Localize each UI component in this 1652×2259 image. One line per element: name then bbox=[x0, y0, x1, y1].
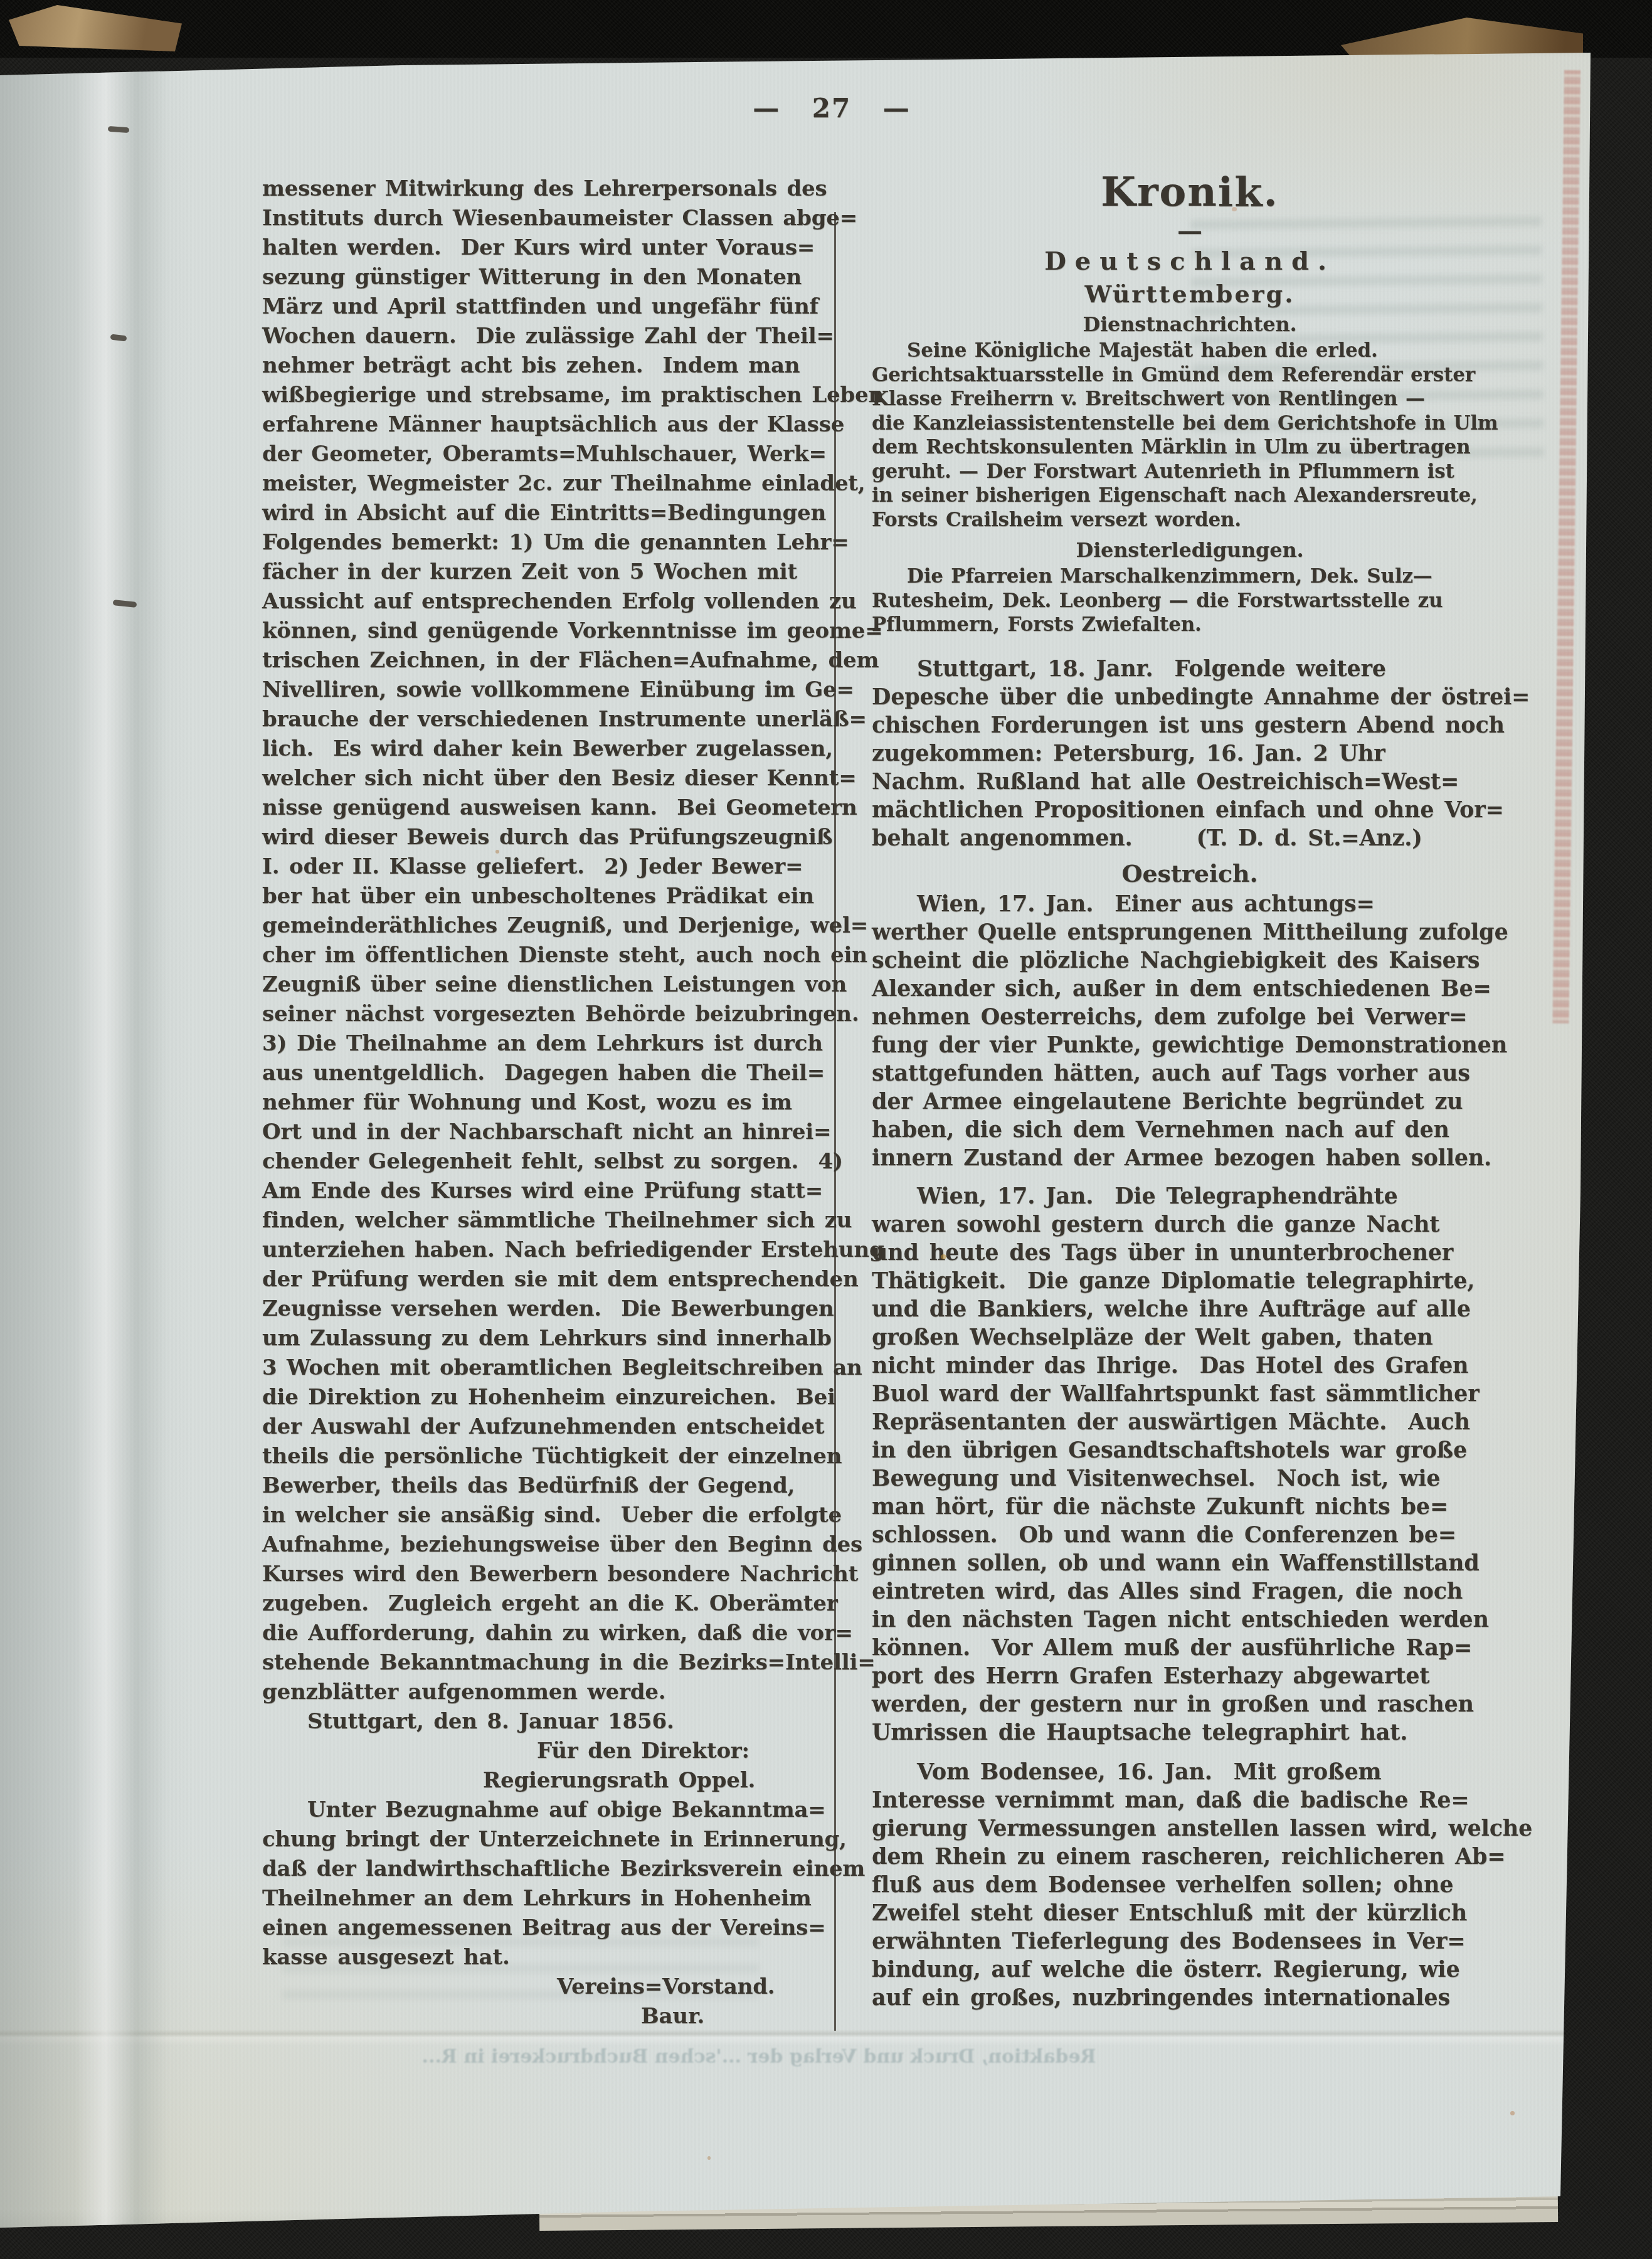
text-line: stattgefunden hätten, auch auf Tags vorh… bbox=[872, 1059, 1508, 1087]
text-line: Buol ward der Wallfahrtspunkt fast sämmt… bbox=[872, 1380, 1508, 1408]
text-line: Folgendes bemerkt: 1) Um die genannten L… bbox=[262, 528, 834, 558]
text-line: Nivelliren, sowie vollkommene Einübung i… bbox=[262, 675, 834, 705]
text-line: zugeben. Zugleich ergeht an die K. Oberä… bbox=[262, 1589, 834, 1619]
page-number-header: — 27 — bbox=[753, 93, 911, 124]
text-line: dem Rhein zu einem rascheren, reichliche… bbox=[872, 1843, 1508, 1871]
text-line: fung der vier Punkte, gewichtige Demonst… bbox=[872, 1031, 1508, 1059]
text-line: meister, Wegmeister 2c. zur Theilnahme e… bbox=[262, 469, 834, 499]
text-line: werther Quelle entsprungenen Mittheilung… bbox=[872, 918, 1508, 946]
text-line: Wochen dauern. Die zulässige Zahl der Th… bbox=[262, 322, 834, 351]
text-line: in den übrigen Gesandtschaftshotels war … bbox=[872, 1436, 1508, 1464]
heading-rule: — bbox=[872, 217, 1508, 245]
text-line: Zweifel steht dieser Entschluß mit der k… bbox=[872, 1899, 1508, 1927]
text-line: Rutesheim, Dek. Leonberg — die Forstwart… bbox=[872, 589, 1508, 613]
text-line: erfahrene Männer hauptsächlich aus der K… bbox=[262, 410, 834, 440]
text-line: Kurses wird den Bewerbern besondere Nach… bbox=[262, 1560, 834, 1589]
text-line: Pflummern, Forsts Zwiefalten. bbox=[872, 613, 1508, 637]
text-line: Vereins=Vorstand. bbox=[557, 1972, 834, 2002]
text-line: 3 Wochen mit oberamtlichen Begleitschrei… bbox=[262, 1353, 834, 1383]
text-line: der Armee eingelautene Berichte begründe… bbox=[872, 1087, 1508, 1116]
text-line: in seiner bisherigen Eigenschaft nach Al… bbox=[872, 484, 1508, 508]
text-line: scheint die plözliche Nachgiebigkeit des… bbox=[872, 946, 1508, 975]
paper-stain bbox=[707, 2156, 711, 2160]
text-line: seiner nächst vorgesezten Behörde beizub… bbox=[262, 1000, 834, 1029]
text-line: geruht. — Der Forstwart Autenrieth in Pf… bbox=[872, 460, 1508, 484]
text-line: wißbegierige und strebsame, im praktisch… bbox=[262, 381, 834, 410]
text-line: Wien, 17. Jan. Die Telegraphendrähte bbox=[872, 1182, 1508, 1210]
text-line: messener Mitwirkung des Lehrerpersonals … bbox=[262, 174, 834, 204]
text-line: der Geometer, Oberamts=Muhlschauer, Werk… bbox=[262, 440, 834, 469]
text-line: nicht minder das Ihrige. Das Hotel des G… bbox=[872, 1352, 1508, 1380]
text-line: Für den Direktor: bbox=[537, 1737, 834, 1766]
text-line: großen Wechselpläze der Welt gaben, that… bbox=[872, 1323, 1508, 1352]
text-line: daß der landwirthschaftliche Bezirksvere… bbox=[262, 1854, 834, 1884]
text-line: wird dieser Beweis durch das Prüfungszeu… bbox=[262, 823, 834, 852]
text-line: Die Pfarreien Marschalkenzimmern, Dek. S… bbox=[872, 564, 1508, 589]
wuerttemberg-heading: Württemberg. bbox=[872, 278, 1508, 310]
text-line: März und April stattfinden und ungefähr … bbox=[262, 292, 834, 322]
text-line: Gerichtsaktuarsstelle in Gmünd dem Refer… bbox=[872, 363, 1508, 388]
text-line: Wien, 17. Jan. Einer aus achtungs= bbox=[872, 890, 1508, 918]
page-number: 27 bbox=[812, 93, 851, 124]
header-dash-right: — bbox=[883, 93, 911, 124]
text-line: die Direktion zu Hohenheim einzureichen.… bbox=[262, 1383, 834, 1412]
text-line: nisse genügend ausweisen kann. Bei Geome… bbox=[262, 793, 834, 823]
oestreich-heading: Oestreich. bbox=[872, 857, 1508, 890]
text-line: halten werden. Der Kurs wird unter Vorau… bbox=[262, 233, 834, 263]
text-line: nehmer für Wohnung und Kost, wozu es im bbox=[262, 1088, 834, 1118]
kronik-heading: Kronik. bbox=[872, 168, 1508, 217]
paper-stain bbox=[941, 1254, 946, 1259]
text-line: nehmen Oesterreichs, dem zufolge bei Ver… bbox=[872, 1003, 1508, 1031]
text-line: nehmer beträgt acht bis zehen. Indem man bbox=[262, 351, 834, 381]
text-line: Stuttgart, den 8. Januar 1856. bbox=[262, 1707, 834, 1737]
text-line: Regierungsrath Oppel. bbox=[483, 1766, 834, 1796]
text-line: Seine Königliche Majestät haben die erle… bbox=[872, 339, 1508, 363]
text-line: Am Ende des Kurses wird eine Prüfung sta… bbox=[262, 1177, 834, 1206]
text-line: chischen Forderungen ist uns gestern Abe… bbox=[872, 711, 1508, 739]
text-line: die Aufforderung, dahin zu wirken, daß d… bbox=[262, 1619, 834, 1648]
text-line: Zeugnisse versehen werden. Die Bewerbung… bbox=[262, 1294, 834, 1324]
text-line: cher im öffentlichen Dienste steht, auch… bbox=[262, 941, 834, 970]
text-line: Instituts durch Wiesenbaumeister Classen… bbox=[262, 204, 834, 233]
text-line: in welcher sie ansäßig sind. Ueber die e… bbox=[262, 1501, 834, 1530]
text-line: Umrissen die Hauptsache telegraphirt hat… bbox=[872, 1718, 1508, 1747]
showthrough-imprint-line: Redaktion, Druck und Verlag der ...'sche… bbox=[351, 2046, 1167, 2068]
text-line: Bewegung und Visitenwechsel. Noch ist, w… bbox=[872, 1464, 1508, 1493]
text-line: chung bringt der Unterzeichnete in Erinn… bbox=[262, 1825, 834, 1854]
text-line: der Auswahl der Aufzunehmenden entscheid… bbox=[262, 1412, 834, 1442]
text-line: fluß aus dem Bodensee verhelfen sollen; … bbox=[872, 1871, 1508, 1899]
text-line: bindung, auf welche die österr. Regierun… bbox=[872, 1955, 1508, 1984]
text-line: Theilnehmer an dem Lehrkurs in Hohenheim bbox=[262, 1884, 834, 1913]
paper-stain bbox=[1157, 1340, 1161, 1343]
binding-stitch bbox=[110, 334, 127, 341]
text-line: auf ein großes, nuzbringendes internatio… bbox=[872, 1984, 1508, 2012]
text-line: behalt angenommen. (T. D. d. St.=Anz.) bbox=[872, 824, 1508, 852]
text-line: Repräsentanten der auswärtigen Mächte. A… bbox=[872, 1408, 1508, 1436]
text-line: der Prüfung werden sie mit dem entsprech… bbox=[262, 1265, 834, 1294]
text-line: schlossen. Ob und wann die Conferenzen b… bbox=[872, 1521, 1508, 1549]
text-line: ber hat über ein unbescholtenes Prädikat… bbox=[262, 882, 834, 911]
scanner-background: { "header": { "dash_left": "—", "page_nu… bbox=[0, 0, 1652, 2259]
text-line: aus unentgeldlich. Dagegen haben die The… bbox=[262, 1059, 834, 1088]
text-line: 3) Die Theilnahme an dem Lehrkurs ist du… bbox=[262, 1029, 834, 1059]
text-line: und heute des Tags über in ununterbroche… bbox=[872, 1239, 1508, 1267]
paper-stain bbox=[1510, 2111, 1515, 2115]
text-line: die Kanzleiassistentenstelle bei dem Ger… bbox=[872, 411, 1508, 436]
text-line: mächtlichen Propositionen einfach und oh… bbox=[872, 796, 1508, 824]
text-line: Unter Bezugnahme auf obige Bekanntma= bbox=[262, 1796, 834, 1825]
binding-stitch bbox=[113, 600, 137, 608]
text-line: um Zulassung zu dem Lehrkurs sind innerh… bbox=[262, 1324, 834, 1353]
text-line: trischen Zeichnen, in der Flächen=Aufnah… bbox=[262, 646, 834, 675]
text-line: zugekommen: Petersburg, 16. Jan. 2 Uhr bbox=[872, 739, 1508, 768]
diensterledigungen-heading: Diensterledigungen. bbox=[872, 536, 1508, 564]
text-line: dem Rechtskonsulenten Märklin in Ulm zu … bbox=[872, 435, 1508, 460]
text-line: Aussicht auf entsprechenden Erfolg volle… bbox=[262, 587, 834, 616]
text-line: genzblätter aufgenommen werde. bbox=[262, 1678, 834, 1707]
right-column: Kronik.—Deutschland.Württemberg.Dienstna… bbox=[872, 168, 1508, 2012]
text-line: eintreten wird, das Alles sind Fragen, d… bbox=[872, 1577, 1508, 1606]
text-line: können, sind genügende Vorkenntnisse im … bbox=[262, 616, 834, 646]
text-line: wird in Absicht auf die Eintritts=Beding… bbox=[262, 499, 834, 528]
text-line: Alexander sich, außer in dem entschieden… bbox=[872, 975, 1508, 1003]
paper-stain bbox=[495, 850, 499, 854]
text-line: Bewerber, theils das Bedürfniß der Gegen… bbox=[262, 1471, 834, 1501]
text-line: theils die persönliche Tüchtigkeit der e… bbox=[262, 1442, 834, 1471]
text-line: waren sowohl gestern durch die ganze Nac… bbox=[872, 1210, 1508, 1239]
header-dash-left: — bbox=[753, 93, 780, 124]
text-line: unterziehen haben. Nach befriedigender E… bbox=[262, 1235, 834, 1265]
text-line: innern Zustand der Armee bezogen haben s… bbox=[872, 1144, 1508, 1172]
text-line: haben, die sich dem Vernehmen nach auf d… bbox=[872, 1116, 1508, 1144]
text-line: finden, welcher sämmtliche Theilnehmer s… bbox=[262, 1206, 834, 1235]
text-line: Ort und in der Nachbarschaft nicht an hi… bbox=[262, 1118, 834, 1147]
text-line: Aufnahme, beziehungsweise über den Begin… bbox=[262, 1530, 834, 1560]
text-line: gierung Vermessungen anstellen lassen wi… bbox=[872, 1814, 1508, 1843]
text-line: port des Herrn Grafen Esterhazy abgewart… bbox=[872, 1662, 1508, 1690]
text-line: chender Gelegenheit fehlt, selbst zu sor… bbox=[262, 1147, 834, 1177]
text-line: I. oder II. Klasse geliefert. 2) Jeder B… bbox=[262, 852, 834, 882]
paper-stain bbox=[1232, 207, 1237, 211]
text-line: gemeinderäthliches Zeugniß, und Derjenig… bbox=[262, 911, 834, 941]
text-line: fächer in der kurzen Zeit von 5 Wochen m… bbox=[262, 558, 834, 587]
scanned-page: — 27 — messener Mitwirkung des Lehrerper… bbox=[0, 0, 1652, 2259]
text-line: und die Bankiers, welche ihre Aufträge a… bbox=[872, 1295, 1508, 1323]
text-line: brauche der verschiedenen Instrumente un… bbox=[262, 705, 834, 734]
deutschland-heading: Deutschland. bbox=[872, 245, 1508, 278]
text-line: welcher sich nicht über den Besiz dieser… bbox=[262, 764, 834, 793]
text-line: Vom Bodensee, 16. Jan. Mit großem bbox=[872, 1758, 1508, 1786]
text-line: werden, der gestern nur in großen und ra… bbox=[872, 1690, 1508, 1718]
text-line: kasse ausgesezt hat. bbox=[262, 1943, 834, 1972]
text-line: Stuttgart, 18. Janr. Folgende weitere bbox=[872, 655, 1508, 683]
text-line: Klasse Freiherrn v. Breitschwert von Ren… bbox=[872, 387, 1508, 411]
text-line: Thätigkeit. Die ganze Diplomatie telegra… bbox=[872, 1267, 1508, 1295]
text-line: einen angemessenen Beitrag aus der Verei… bbox=[262, 1913, 834, 1943]
text-line: Nachm. Rußland hat alle Oestreichisch=We… bbox=[872, 768, 1508, 796]
text-line: erwähnten Tieferlegung des Bodensees in … bbox=[872, 1927, 1508, 1955]
left-column: messener Mitwirkung des Lehrerpersonals … bbox=[262, 174, 834, 2031]
text-line: können. Vor Allem muß der ausführliche R… bbox=[872, 1634, 1508, 1662]
text-line: stehende Bekanntmachung in die Bezirks=I… bbox=[262, 1648, 834, 1678]
dienstnachrichten-heading: Dienstnachrichten. bbox=[872, 310, 1508, 339]
text-line: man hört, für die nächste Zukunft nichts… bbox=[872, 1493, 1508, 1521]
text-line: Zeugniß über seine dienstlichen Leistung… bbox=[262, 970, 834, 1000]
text-line: Depesche über die unbedingte Annahme der… bbox=[872, 683, 1508, 711]
text-line: Interesse vernimmt man, daß die badische… bbox=[872, 1786, 1508, 1814]
text-line: lich. Es wird daher kein Bewerber zugela… bbox=[262, 734, 834, 764]
text-line: Baur. bbox=[641, 2002, 834, 2031]
text-line: ginnen sollen, ob und wann ein Waffensti… bbox=[872, 1549, 1508, 1577]
book-page-edges-top-left bbox=[9, 5, 182, 51]
binding-stitch bbox=[108, 126, 130, 133]
text-line: Forsts Crailsheim versezt worden. bbox=[872, 508, 1508, 532]
text-line: in den nächsten Tagen nicht entschieden … bbox=[872, 1606, 1508, 1634]
text-line: sezung günstiger Witterung in den Monate… bbox=[262, 263, 834, 292]
